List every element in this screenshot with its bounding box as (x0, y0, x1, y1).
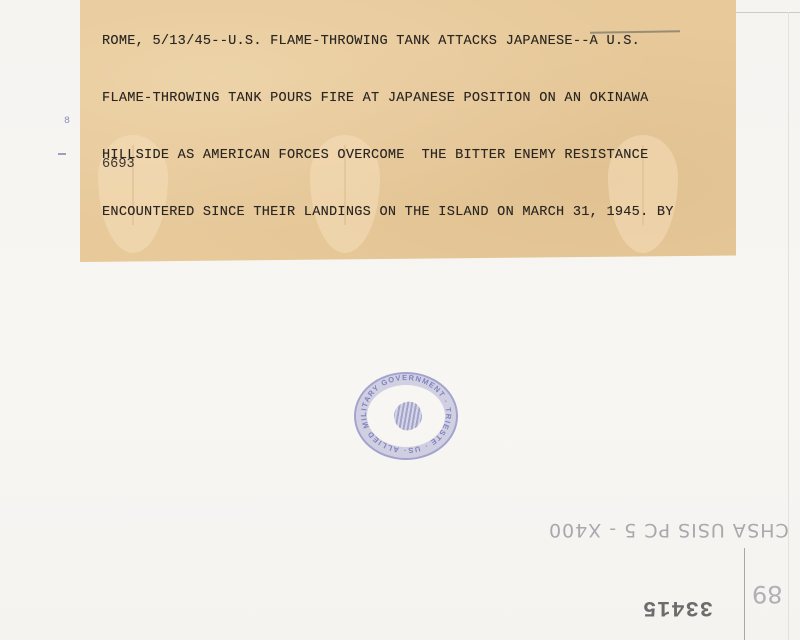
reference-number: 6693 (102, 157, 135, 172)
pencil-mark: 8 (64, 118, 68, 126)
caption-line: ROME, 5/13/45--U.S. FLAME-THROWING TANK … (102, 32, 742, 51)
caption-line: FLAME-THROWING TANK POURS FIRE AT JAPANE… (102, 89, 742, 108)
caption-strip: ROME, 5/13/45--U.S. FLAME-THROWING TANK … (80, 0, 736, 262)
handwritten-number: 89 (752, 580, 783, 608)
handwritten-divider (744, 548, 745, 640)
paper-right-edge (788, 12, 789, 640)
caption-line: HILLSIDE AS AMERICAN FORCES OVERCOME THE… (102, 146, 742, 165)
caption-line: ENCOUNTERED SINCE THEIR LANDINGS ON THE … (102, 203, 742, 222)
stamped-number: 33415 (642, 595, 713, 620)
paper-top-edge (730, 12, 800, 13)
handwritten-note: CHSA USIS PC 5 - X400 (548, 519, 789, 541)
trieste-stamp: · ALLIED MILITARY GOVERNMENT · TRIESTE ·… (354, 372, 458, 460)
pencil-dash (58, 153, 66, 155)
